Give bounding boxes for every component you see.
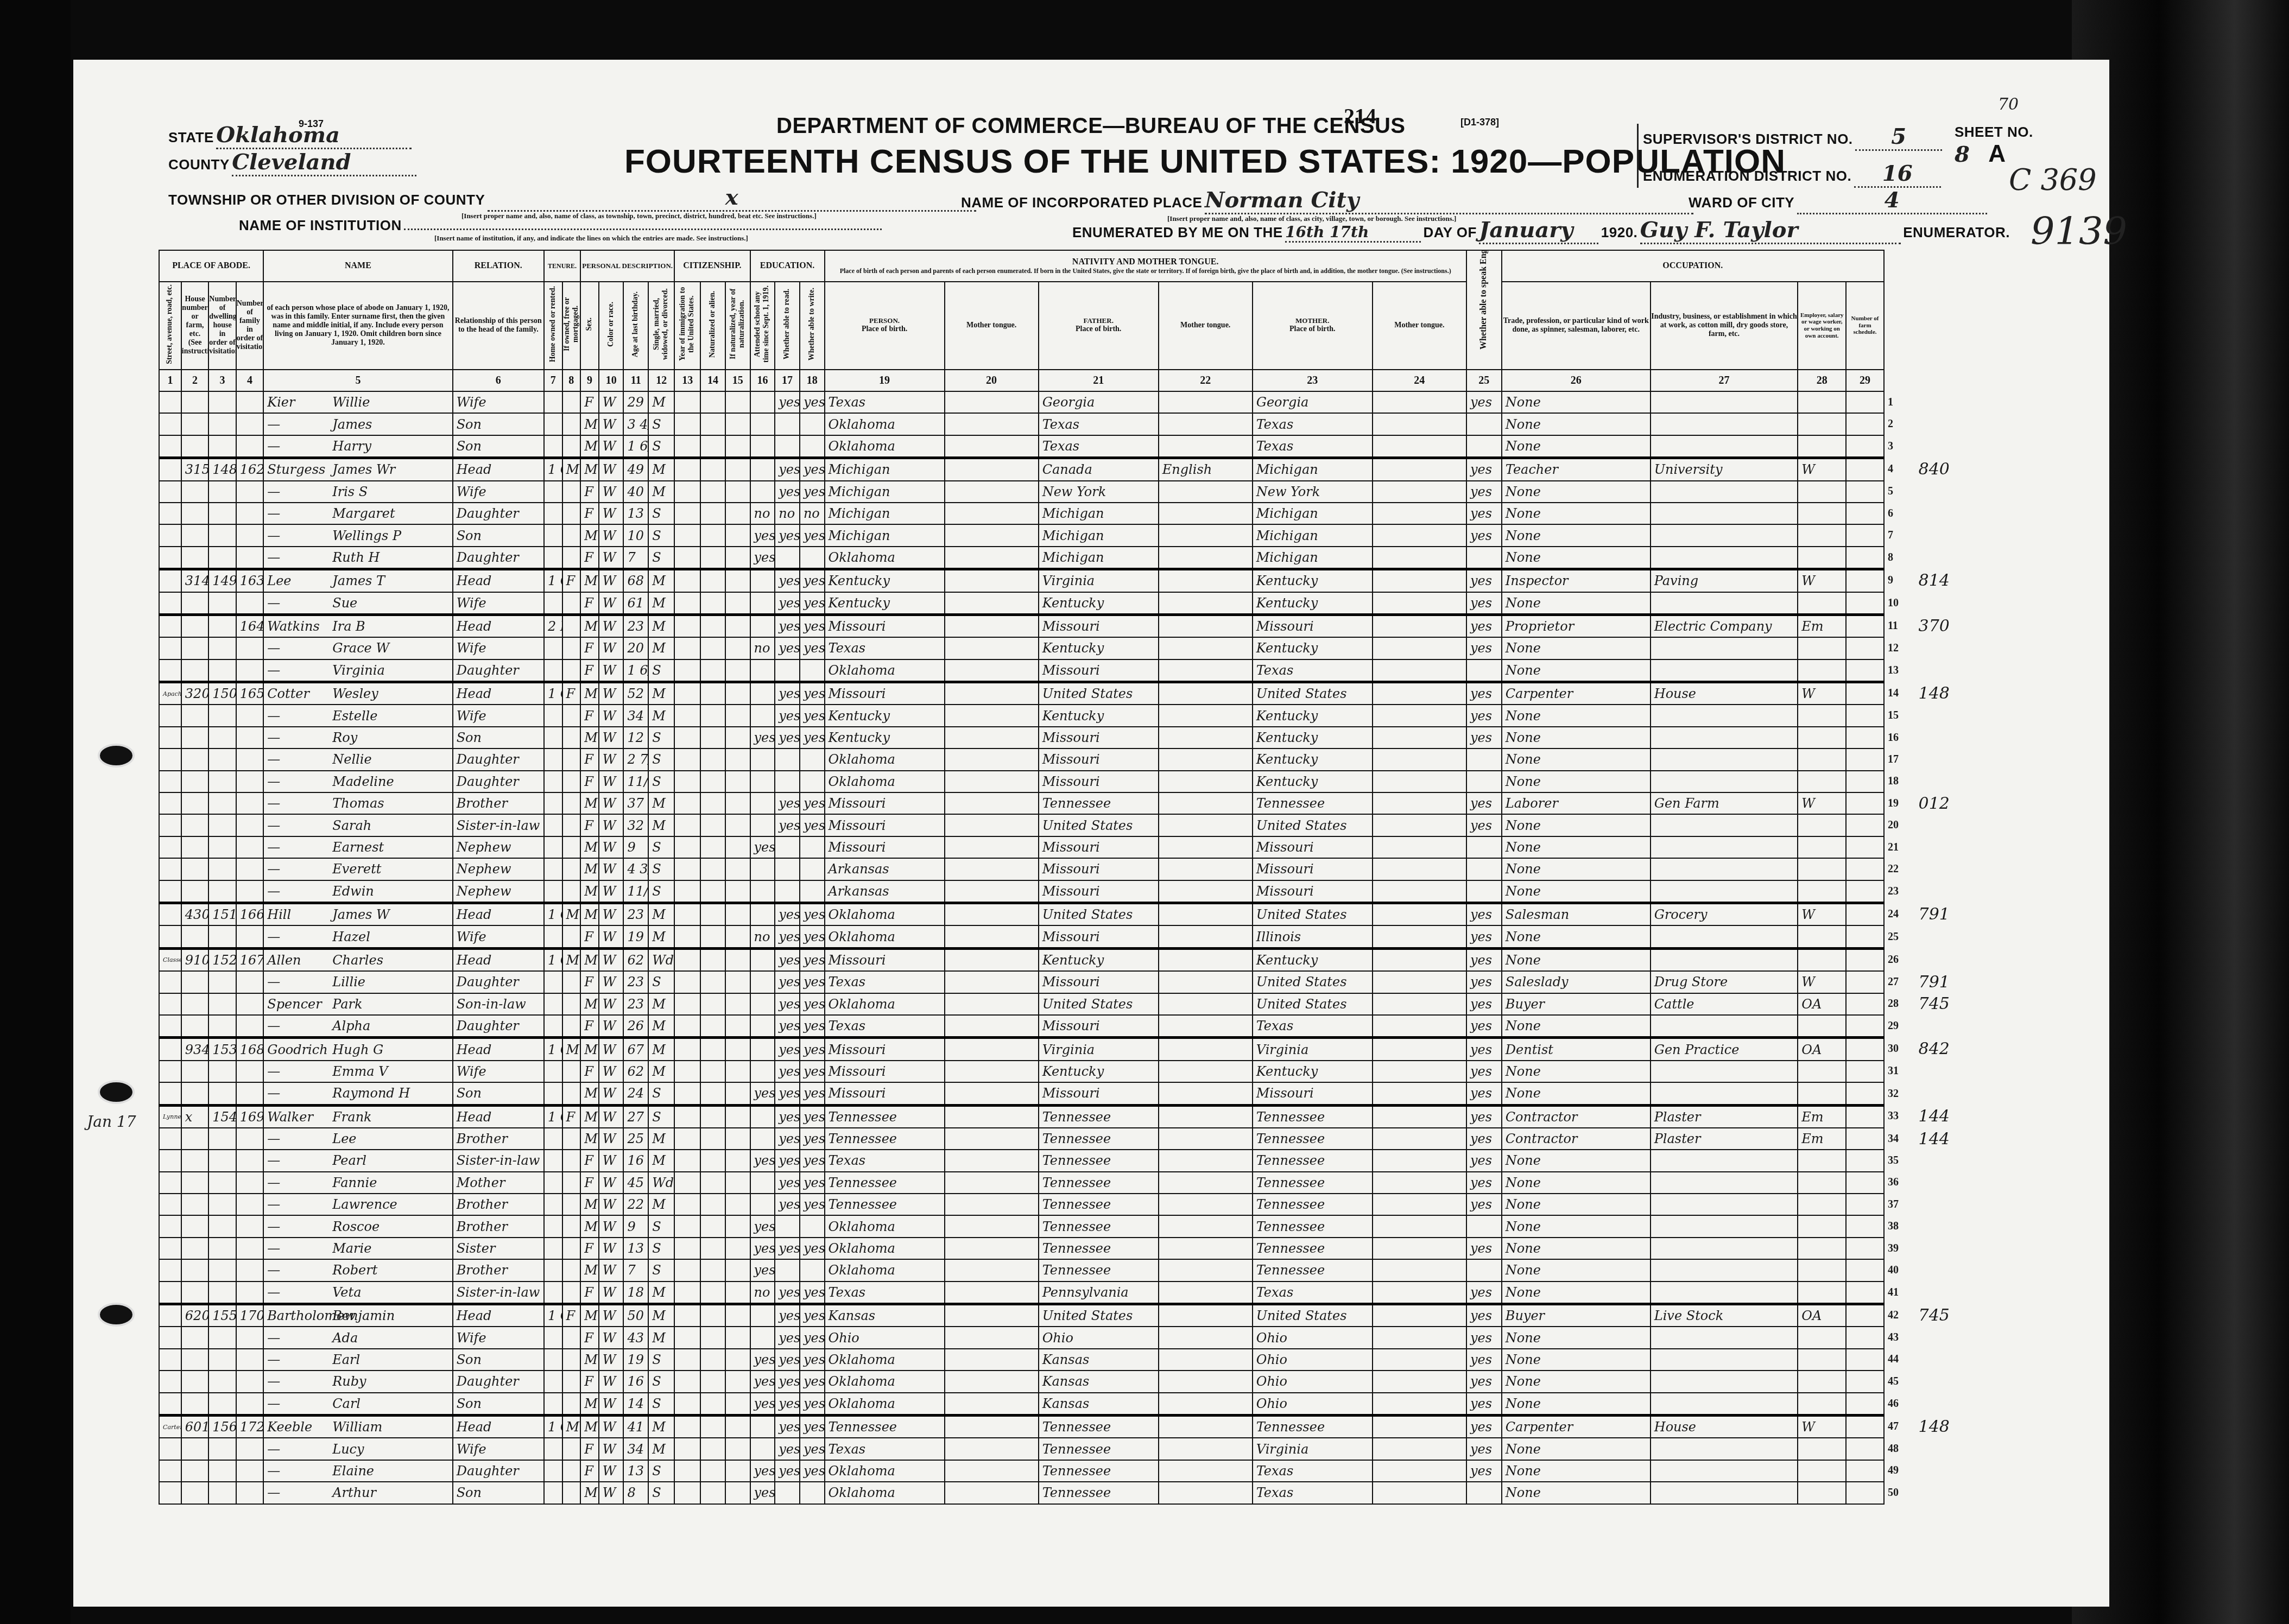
cell-sex: M (580, 1038, 599, 1061)
cell-dwelling (208, 1327, 236, 1348)
name-cell: —Everett (263, 858, 452, 880)
column-number: 18 (800, 370, 825, 391)
cell-own: 1 O (544, 569, 562, 592)
cell-eng: yes (1466, 1327, 1502, 1348)
cell-fmt (1159, 592, 1253, 615)
cell-house (181, 727, 208, 748)
cell-write: yes (800, 1460, 825, 1482)
cell-street (159, 413, 181, 435)
cell-imm (674, 792, 700, 814)
group-name: NAME (263, 250, 452, 282)
cell-sex: F (580, 1172, 599, 1194)
cell-write: yes (800, 792, 825, 814)
cell-mmt (1373, 1082, 1466, 1105)
cell-race: W (599, 1215, 624, 1237)
surname: — (267, 528, 332, 543)
cell-marital: S (648, 1393, 674, 1416)
cell-mpob: Tennessee (1253, 1259, 1373, 1281)
cell-fpob: Missouri (1039, 925, 1159, 948)
cell-eng: yes (1466, 1172, 1502, 1194)
occupation-code: 745 (1915, 993, 2026, 1015)
cell-fmt (1159, 792, 1253, 814)
cell-trade: None (1502, 925, 1651, 948)
line-number: 37 (1884, 1194, 1915, 1215)
cell-natyr (725, 1282, 750, 1304)
cell-house: 620 (181, 1304, 208, 1327)
name-cell: KierWillie (263, 391, 452, 413)
cell-mpob: Tennessee (1253, 1194, 1373, 1215)
cell-farm (1846, 948, 1884, 971)
surname: Keeble (267, 1419, 332, 1435)
cell-sex: F (580, 503, 599, 524)
cell-family (236, 925, 263, 948)
cell-industry: House (1651, 1415, 1798, 1438)
cell-natyr (725, 1105, 750, 1128)
cell-industry: Cattle (1651, 993, 1798, 1015)
surname: — (267, 1374, 332, 1389)
occupation-code (1915, 592, 2026, 615)
cell-natyr (725, 435, 750, 458)
cell-street (159, 481, 181, 503)
cell-mmt (1373, 1460, 1466, 1482)
cell-own: 1 O (544, 458, 562, 481)
cell-fmt (1159, 1082, 1253, 1105)
cell-sex: F (580, 1015, 599, 1038)
occupation-code (1915, 1438, 2026, 1460)
cell-mt (945, 727, 1039, 748)
cell-marital: M (648, 569, 674, 592)
cell-street (159, 1349, 181, 1371)
cell-street (159, 1128, 181, 1150)
cell-fmt (1159, 1128, 1253, 1150)
cell-mpob: Ohio (1253, 1327, 1373, 1348)
cell-class: W (1798, 682, 1846, 705)
surname: — (267, 550, 332, 565)
cell-mt (945, 481, 1039, 503)
cell-relation: Wife (453, 1438, 544, 1460)
township-field: TOWNSHIP OR OTHER DIVISION OF COUNTY x [… (168, 185, 976, 220)
state-field: STATE Oklahoma (168, 122, 412, 149)
cell-own: 1 O (544, 682, 562, 705)
cell-write: yes (800, 1150, 825, 1171)
given-name: James W (332, 907, 390, 922)
cell-mort: F (562, 682, 581, 705)
given-name: James Wr (332, 462, 395, 477)
cell-house (181, 1172, 208, 1194)
cell-mpob: Virginia (1253, 1438, 1373, 1460)
line-number: 41 (1884, 1282, 1915, 1304)
cell-write (800, 836, 825, 858)
given-name: Benjamin (332, 1308, 395, 1323)
group-tenure: TENURE. (544, 250, 580, 282)
cell-nat (700, 771, 725, 792)
cell-mort (562, 1082, 581, 1105)
cell-fmt (1159, 391, 1253, 413)
cell-dwelling (208, 659, 236, 682)
cell-write: yes (800, 705, 825, 726)
cell-age: 13 (623, 503, 648, 524)
occupation-code (1915, 435, 2026, 458)
cell-write: yes (800, 1438, 825, 1460)
cell-pob: Kentucky (825, 569, 945, 592)
cell-school (750, 748, 775, 770)
cell-fmt: English (1159, 458, 1253, 481)
column-number: 17 (775, 370, 800, 391)
cell-school: no (750, 1282, 775, 1304)
cell-house (181, 503, 208, 524)
cell-school: yes (750, 836, 775, 858)
cell-read: yes (775, 1415, 800, 1438)
cell-eng (1466, 435, 1502, 458)
cell-pob: Missouri (825, 814, 945, 836)
column-number: 3 (208, 370, 236, 391)
given-name: Charles (332, 953, 383, 968)
line-number: 29 (1884, 1015, 1915, 1038)
cell-street (159, 858, 181, 880)
line-number: 15 (1884, 705, 1915, 726)
cell-mort (562, 1371, 581, 1392)
cell-race: W (599, 547, 624, 569)
table-row: —ThomasBrotherMW37MyesyesMissouriTenness… (159, 792, 2026, 814)
cell-farm (1846, 481, 1884, 503)
cell-house (181, 1371, 208, 1392)
cell-sex: M (580, 435, 599, 458)
cell-natyr (725, 481, 750, 503)
cell-street (159, 1172, 181, 1194)
given-name: Park (332, 997, 362, 1012)
cell-mmt (1373, 948, 1466, 971)
cell-marital: S (648, 659, 674, 682)
col-2-header: House number or farm, etc. (See instruct… (181, 282, 208, 370)
col-28-header: Employer, salary or wage worker, or work… (1798, 282, 1846, 370)
cell-fpob: Kentucky (1039, 592, 1159, 615)
cell-farm (1846, 1438, 1884, 1460)
cell-eng: yes (1466, 1304, 1502, 1327)
cell-own (544, 705, 562, 726)
col-23-header: MOTHER.Place of birth. (1253, 282, 1373, 370)
institution-field: NAME OF INSTITUTION [Insert name of inst… (239, 217, 882, 243)
cell-fmt (1159, 1038, 1253, 1061)
cell-write (800, 771, 825, 792)
cell-natyr (725, 569, 750, 592)
line-number: 9 (1884, 569, 1915, 592)
cell-mort (562, 814, 581, 836)
cell-imm (674, 1393, 700, 1416)
cell-imm (674, 1128, 700, 1150)
township-value: x (488, 185, 976, 212)
line-number: 18 (1884, 771, 1915, 792)
cell-read: yes (775, 1371, 800, 1392)
table-row: —NellieDaughterFW2 7/12SOklahomaMissouri… (159, 748, 2026, 770)
cell-mpob: Michigan (1253, 458, 1373, 481)
cell-fpob: Tennessee (1039, 1194, 1159, 1215)
cell-mpob: Virginia (1253, 1038, 1373, 1061)
occupation-code (1915, 547, 2026, 569)
cell-own (544, 993, 562, 1015)
cell-class (1798, 1238, 1846, 1259)
cell-trade: Buyer (1502, 993, 1651, 1015)
occupation-code: 144 (1915, 1128, 2026, 1150)
cell-write: yes (800, 524, 825, 546)
cell-family (236, 971, 263, 993)
cell-imm (674, 592, 700, 615)
cell-industry (1651, 481, 1798, 503)
cell-marital: S (648, 771, 674, 792)
cell-relation: Sister-in-law (453, 1282, 544, 1304)
cell-own (544, 637, 562, 659)
cell-street (159, 547, 181, 569)
cell-trade: None (1502, 1482, 1651, 1504)
table-row: —SarahSister-in-lawFW32MyesyesMissouriUn… (159, 814, 2026, 836)
cell-school (750, 435, 775, 458)
cell-own (544, 1371, 562, 1392)
cell-eng (1466, 547, 1502, 569)
surname: Sturgess (267, 462, 332, 477)
cell-street: Carter St (159, 1415, 181, 1438)
cell-industry: Live Stock (1651, 1304, 1798, 1327)
occupation-code: 144 (1915, 1105, 2026, 1128)
cell-eng: yes (1466, 971, 1502, 993)
cell-trade: Salesman (1502, 903, 1651, 925)
cell-family (236, 771, 263, 792)
cell-mt (945, 1215, 1039, 1237)
cell-fpob: Tennessee (1039, 792, 1159, 814)
cell-mpob: Texas (1253, 659, 1373, 682)
occupation-code (1915, 1371, 2026, 1392)
column-number-row: 1234567891011121314151617181920212223242… (159, 370, 2026, 391)
cell-read: no (775, 503, 800, 524)
cell-race: W (599, 858, 624, 880)
cell-mt (945, 1172, 1039, 1194)
cell-own (544, 1349, 562, 1371)
cell-race: W (599, 1194, 624, 1215)
cell-sex: M (580, 858, 599, 880)
cell-relation: Son (453, 435, 544, 458)
cell-read: yes (775, 682, 800, 705)
name-cell: —Fannie (263, 1172, 452, 1194)
cell-age: 62 (623, 1061, 648, 1082)
cell-relation: Sister-in-law (453, 814, 544, 836)
given-name: Lee (332, 1131, 356, 1146)
cell-marital: Wd (648, 1172, 674, 1194)
surname: — (267, 1463, 332, 1479)
cell-own (544, 659, 562, 682)
cell-trade: None (1502, 481, 1651, 503)
cell-marital: S (648, 1215, 674, 1237)
cell-school (750, 413, 775, 435)
cell-school: yes (750, 1215, 775, 1237)
cell-race: W (599, 727, 624, 748)
cell-mort (562, 1238, 581, 1259)
cell-mpob: Illinois (1253, 925, 1373, 948)
cell-age: 8 (623, 1482, 648, 1504)
cell-nat (700, 1482, 725, 1504)
cell-family: 170 (236, 1304, 263, 1327)
cell-age: 18 (623, 1282, 648, 1304)
cell-trade: None (1502, 1082, 1651, 1105)
cell-relation: Head (453, 1304, 544, 1327)
cell-trade: None (1502, 1238, 1651, 1259)
cell-dwelling (208, 391, 236, 413)
occupation-code (1915, 524, 2026, 546)
given-name: Ada (332, 1330, 358, 1346)
occupation-code: 745 (1915, 1304, 2026, 1327)
name-cell: —Harry (263, 435, 452, 458)
cell-fmt (1159, 1438, 1253, 1460)
column-number: 6 (453, 370, 544, 391)
sheet-number: 8 (1955, 142, 1970, 167)
cell-relation: Son (453, 413, 544, 435)
cell-industry (1651, 1215, 1798, 1237)
cell-own (544, 858, 562, 880)
cell-marital: S (648, 1482, 674, 1504)
given-name: Virginia (332, 663, 385, 678)
cell-sex: M (580, 413, 599, 435)
occupation-code (1915, 1215, 2026, 1237)
cell-mort (562, 413, 581, 435)
name-cell: SpencerPark (263, 993, 452, 1015)
column-number: 26 (1502, 370, 1651, 391)
cell-dwelling (208, 727, 236, 748)
cell-mmt (1373, 925, 1466, 948)
cell-house (181, 614, 208, 637)
cell-fpob: United States (1039, 1304, 1159, 1327)
cell-mmt (1373, 1150, 1466, 1171)
table-row: Classen Boulevard910152167AllenCharlesHe… (159, 948, 2026, 971)
cell-mmt (1373, 1482, 1466, 1504)
cell-pob: Missouri (825, 1038, 945, 1061)
cell-marital: M (648, 1194, 674, 1215)
given-name: Grace W (332, 640, 389, 656)
cell-family (236, 814, 263, 836)
given-name: Alpha (332, 1018, 370, 1033)
cell-sex: F (580, 1327, 599, 1348)
cell-eng (1466, 1259, 1502, 1281)
cell-natyr (725, 1150, 750, 1171)
cell-race: W (599, 792, 624, 814)
cell-age: 62 (623, 948, 648, 971)
cell-street (159, 458, 181, 481)
cell-relation: Mother (453, 1172, 544, 1194)
cell-relation: Head (453, 1415, 544, 1438)
column-number: 10 (599, 370, 624, 391)
cell-marital: S (648, 748, 674, 770)
occupation-code: 814 (1915, 569, 2026, 592)
cell-pob: Tennessee (825, 1128, 945, 1150)
cell-write: yes (800, 1371, 825, 1392)
cell-trade: Buyer (1502, 1304, 1651, 1327)
cell-mt (945, 1259, 1039, 1281)
cell-mort (562, 993, 581, 1015)
cell-eng: yes (1466, 391, 1502, 413)
cell-mort (562, 1282, 581, 1304)
line-number: 44 (1884, 1349, 1915, 1371)
cell-relation: Wife (453, 391, 544, 413)
cell-nat (700, 592, 725, 615)
surname: Watkins (267, 619, 332, 634)
cell-dwelling (208, 814, 236, 836)
cell-mpob: Kentucky (1253, 569, 1373, 592)
cell-industry: Drug Store (1651, 971, 1798, 993)
surname: — (267, 974, 332, 989)
cell-nat (700, 1194, 725, 1215)
cell-school (750, 971, 775, 993)
surname: Goodrich (267, 1042, 332, 1057)
cell-mmt (1373, 903, 1466, 925)
cell-class (1798, 1259, 1846, 1281)
cell-house (181, 1282, 208, 1304)
cell-class (1798, 481, 1846, 503)
cell-read: yes (775, 637, 800, 659)
cell-mpob: Missouri (1253, 836, 1373, 858)
cell-read: yes (775, 1128, 800, 1150)
cell-school (750, 1038, 775, 1061)
cell-race: W (599, 1482, 624, 1504)
occupation-code (1915, 771, 2026, 792)
cell-class: W (1798, 792, 1846, 814)
occupation-code: 012 (1915, 792, 2026, 814)
cell-read: yes (775, 1238, 800, 1259)
surname: — (267, 506, 332, 521)
cell-house (181, 1150, 208, 1171)
cell-own (544, 880, 562, 903)
surname: — (267, 1442, 332, 1457)
col-14-header: Naturalized or alien. (700, 282, 725, 370)
cell-school (750, 792, 775, 814)
cell-mort (562, 1215, 581, 1237)
cell-trade: None (1502, 880, 1651, 903)
cell-fmt (1159, 1460, 1253, 1482)
census-table: PLACE OF ABODE. NAME RELATION. TENURE. P… (159, 250, 2026, 1505)
cell-house (181, 1460, 208, 1482)
cell-house: 314 (181, 569, 208, 592)
cell-mmt (1373, 1194, 1466, 1215)
occupation-code: 148 (1915, 682, 2026, 705)
cell-street: Classen Boulevard (159, 948, 181, 971)
group-abode: PLACE OF ABODE. (159, 250, 263, 282)
cell-mt (945, 1038, 1039, 1061)
cell-family (236, 1371, 263, 1392)
cell-mort (562, 592, 581, 615)
cell-mpob: Tennessee (1253, 1128, 1373, 1150)
cell-family: 164 (236, 614, 263, 637)
cell-mpob: Texas (1253, 1482, 1373, 1504)
cell-natyr (725, 792, 750, 814)
cell-trade: Laborer (1502, 792, 1651, 814)
cell-sex: M (580, 524, 599, 546)
cell-industry (1651, 413, 1798, 435)
surname: — (267, 1064, 332, 1079)
cell-fpob: Michigan (1039, 547, 1159, 569)
cell-imm (674, 1061, 700, 1082)
cell-relation: Son (453, 524, 544, 546)
cell-school: yes (750, 727, 775, 748)
column-number: 23 (1253, 370, 1373, 391)
cell-sex: M (580, 948, 599, 971)
cell-street (159, 792, 181, 814)
cell-race: W (599, 836, 624, 858)
cell-race: W (599, 1460, 624, 1482)
cell-imm (674, 748, 700, 770)
cell-own (544, 727, 562, 748)
institution-value (404, 229, 882, 230)
cell-nat (700, 1371, 725, 1392)
cell-family (236, 1460, 263, 1482)
cell-industry: Paving (1651, 569, 1798, 592)
cell-relation: Wife (453, 592, 544, 615)
cell-farm (1846, 1150, 1884, 1171)
cell-race: W (599, 1061, 624, 1082)
